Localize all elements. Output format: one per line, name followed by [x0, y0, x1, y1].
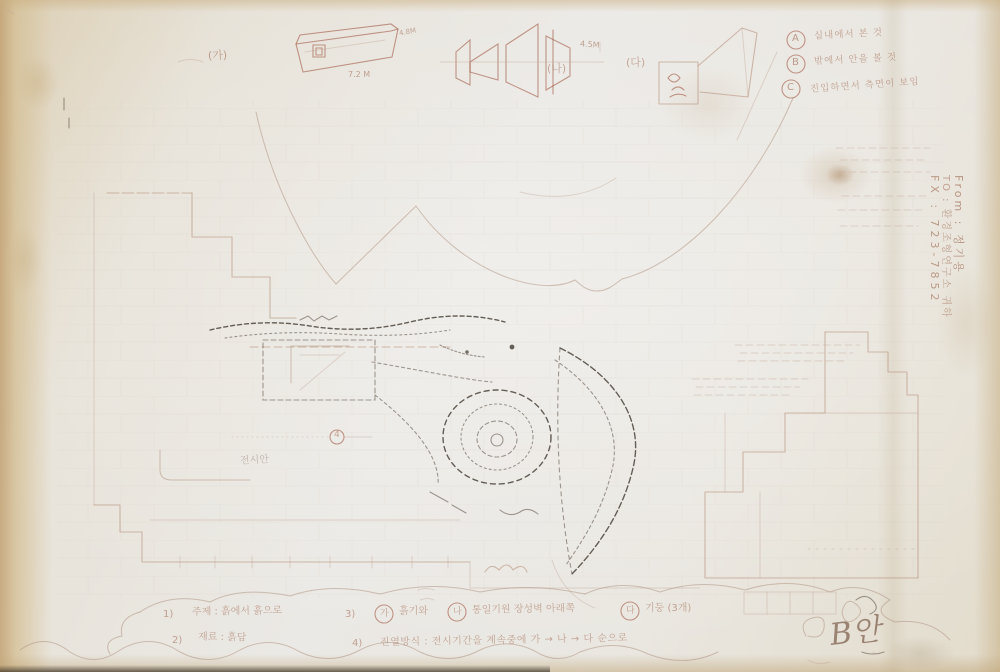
legend-circles — [782, 31, 805, 98]
note-key-circles — [375, 602, 639, 623]
scanned-sketch-page: (가) 7.2 M 4.8M (나) 4.5M (다) A 실내에서 본 것 B… — [0, 0, 1000, 672]
detail-na-wedges-sketch — [440, 24, 604, 97]
plan-drawing — [0, 0, 1000, 672]
detail-ga-slab-sketch — [178, 24, 398, 72]
detail-da-plane-sketch — [659, 28, 757, 104]
version-scribbles — [803, 596, 884, 663]
masonry-grid — [58, 100, 943, 598]
